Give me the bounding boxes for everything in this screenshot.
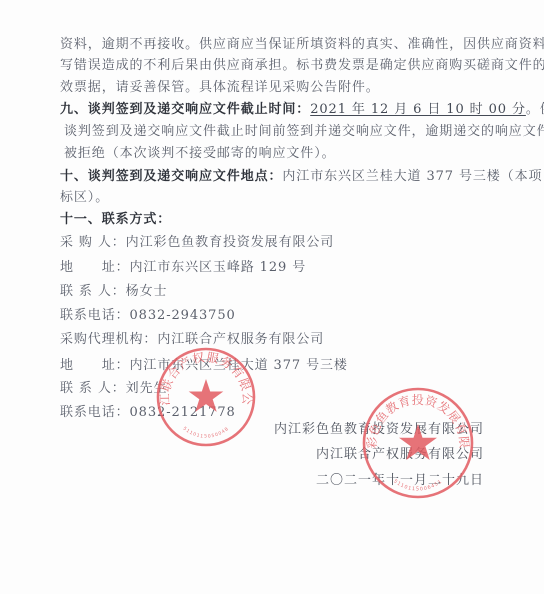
signature-date: 二〇二一年十一月二十九日 [316,473,484,489]
paragraph-line: 效票据，请妥善保管。具体流程详见采购公告附件。 [60,80,380,96]
agency-name: 内江联合产权服务有限公司 [157,332,324,347]
svg-text:5110115050048: 5110115050048 [182,426,231,440]
signature-org-1: 内江彩色鱼教育投资发展有限公司 [274,422,484,438]
section-10-location: 内江市东兴区兰桂大道 377 号三楼（本项目开 [282,169,544,184]
section-9-line-3: 被拒绝（本次谈判不接受邮寄的响应文件）。 [64,146,336,162]
contact-label: 联 系 人： [60,284,126,300]
agency-name-row: 采购代理机构：内江联合产权服务有限公司 [60,332,324,348]
purchaser-phone-row: 联系电话：0832-2943750 [60,308,236,324]
agency-phone: 0832-2121778 [130,405,236,420]
agency-address: 内江市东兴区兰桂大道 377 号三楼 [130,358,348,373]
purchaser-name: 内江彩色鱼教育投资发展有限公司 [126,235,335,250]
purchaser-name-row: 采 购 人：内江彩色鱼教育投资发展有限公司 [60,235,334,251]
document-page: 资料，逾期不再接收。供应商应当保证所填资料的真实、准确性，因供应商资料填 写错误… [0,0,544,594]
phone-label: 联系电话： [60,405,130,421]
purchaser-contact-row: 联 系 人：杨女士 [60,284,167,300]
address-label: 地 址： [60,260,130,276]
agency-contact: 刘先生 [126,381,168,396]
purchaser-address: 内江市东兴区玉峰路 129 号 [130,260,307,275]
agency-phone-row: 联系电话：0832-2121778 [60,405,236,421]
section-10-line: 十、谈判签到及递交响应文件地点：内江市东兴区兰桂大道 377 号三楼（本项目开 [60,169,544,185]
section-11-heading: 十一、联系方式： [60,212,171,228]
section-9-line: 九、谈判签到及递交响应文件截止时间：2021 年 12 月 6 日 10 时 0… [60,102,544,118]
section-9-line-2: 谈判签到及递交响应文件截止时间前签到并递交响应文件，逾期递交的响应文件将 [64,124,544,140]
paragraph-line: 写错误造成的不利后果由供应商承担。标书费发票是确定供应商购买磋商文件的有 [60,58,544,74]
signature-org-2: 内江联合产权服务有限公司 [316,447,484,463]
phone-label: 联系电话： [60,308,130,324]
purchaser-address-row: 地 址：内江市东兴区玉峰路 129 号 [60,260,306,276]
svg-text:内江彩色鱼教育投资发展有限公司: 内江彩色鱼教育投资发展有限公司 [360,385,471,449]
agency-address-row: 地 址：内江市东兴区兰桂大道 377 号三楼 [60,358,348,374]
purchaser-label: 采 购 人： [60,235,126,251]
agency-label: 采购代理机构： [60,332,157,348]
contact-label: 联 系 人： [60,381,126,397]
paragraph-line: 资料，逾期不再接收。供应商应当保证所填资料的真实、准确性，因供应商资料填 [60,37,544,53]
address-label: 地 址： [60,358,130,374]
deadline-value: 2021 年 12 月 6 日 10 时 00 分 [310,102,526,117]
section-10-heading: 十、谈判签到及递交响应文件地点： [60,169,282,184]
purchaser-phone: 0832-2943750 [130,308,236,323]
section-10-line-2: 标区）。 [60,190,109,206]
section-9-heading: 九、谈判签到及递交响应文件截止时间： [60,102,310,117]
purchaser-contact: 杨女士 [126,284,168,299]
svg-text:内江联合产权服务有限公司: 内江联合产权服务有限公司 [154,345,254,406]
agency-contact-row: 联 系 人：刘先生 [60,381,167,397]
section-9-tail: 。供应商应在 [526,102,544,117]
